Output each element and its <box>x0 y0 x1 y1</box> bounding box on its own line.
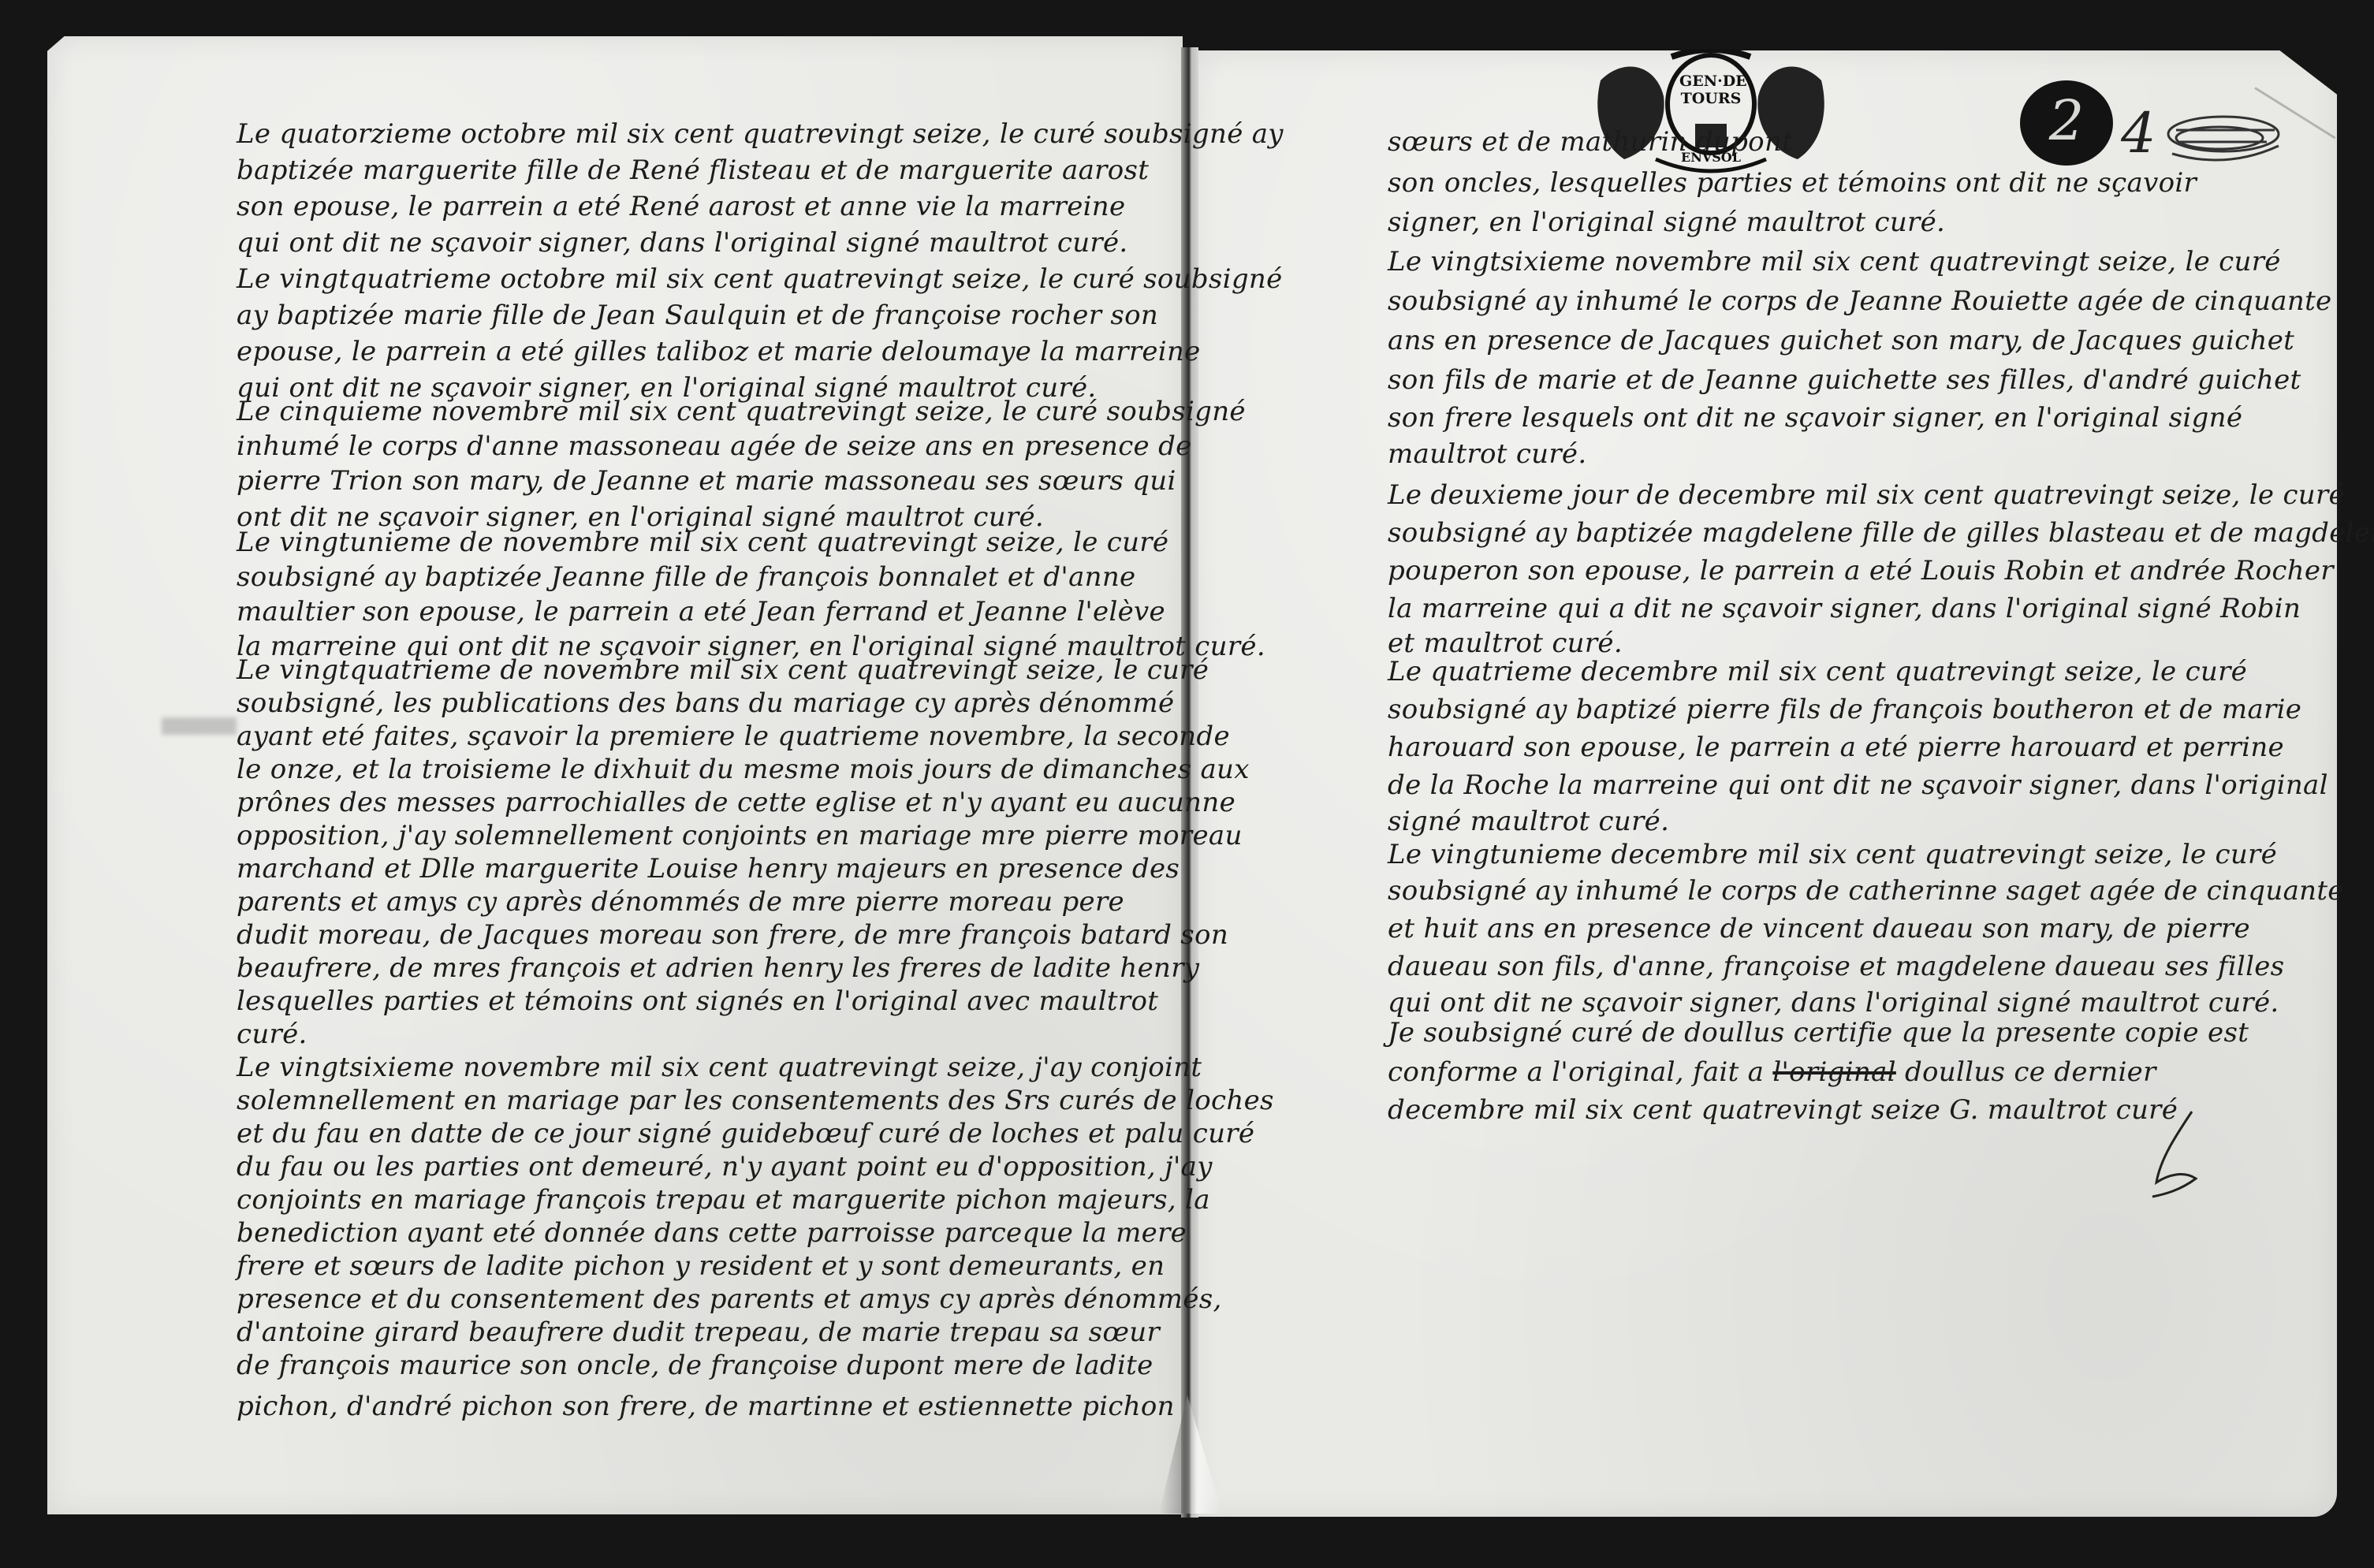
stamp-middle-text: TOURS <box>1679 90 1742 107</box>
text-line: sœurs et de mathurin dupont <box>1388 126 1793 158</box>
seal-number: 2 <box>2020 88 2113 153</box>
text-line: marchand et Dlle marguerite Louise henry… <box>237 853 1180 885</box>
text-line: Le vingtquatrieme de novembre mil six ce… <box>237 654 1209 686</box>
text-line: lesquelles parties et témoins ont signés… <box>237 985 1158 1017</box>
signature-flourish-icon <box>2145 1104 2208 1198</box>
text-line: benediction ayant eté donnée dans cette … <box>237 1217 1187 1249</box>
stamp-top-text: GEN·DE <box>1679 73 1742 90</box>
stamp-text: GEN·DE TOURS <box>1679 73 1742 107</box>
certification-line: decembre mil six cent quatrevingt seize … <box>1388 1094 2178 1126</box>
text-line: Le deuxieme jour de decembre mil six cen… <box>1388 479 2345 511</box>
text-line: presence et du consentement des parents … <box>237 1283 1222 1315</box>
text-line: Le vingtquatrieme octobre mil six cent q… <box>237 263 1283 295</box>
text-line: et huit ans en presence de vincent dauea… <box>1388 913 2250 944</box>
struck-word: l'original <box>1772 1056 1896 1088</box>
text-line: epouse, le parrein a eté gilles taliboz … <box>237 336 1201 367</box>
certification-text: doullus ce dernier <box>1896 1056 2156 1088</box>
text-line: baptizée marguerite fille de René fliste… <box>237 155 1149 186</box>
text-line: Le vingtsixieme novembre mil six cent qu… <box>237 1052 1202 1083</box>
text-line: Le quatorzieme octobre mil six cent quat… <box>237 118 1284 150</box>
text-line: le onze, et la troisieme le dixhuit du m… <box>237 754 1250 785</box>
text-line: inhumé le corps d'anne massoneau agée de… <box>237 430 1192 462</box>
text-line: maultier son epouse, le parrein a eté Je… <box>237 596 1165 628</box>
text-line: son fils de marie et de Jeanne guichette… <box>1388 364 2301 396</box>
certification-line: Je soubsigné curé de doullus certifie qu… <box>1388 1017 2249 1048</box>
certification-text: conforme a l'original, fait a <box>1388 1056 1772 1088</box>
text-line: frere et sœurs de ladite pichon y reside… <box>237 1250 1165 1282</box>
text-line: maultrot curé. <box>1388 438 1586 470</box>
text-line: de la Roche la marreine qui ont dit ne s… <box>1388 769 2328 801</box>
text-line: prônes des messes parrochialles de cette… <box>237 787 1235 818</box>
text-line: soubsigné ay inhumé le corps de catherin… <box>1388 875 2344 907</box>
text-line: et du fau en datte de ce jour signé guid… <box>237 1118 1254 1149</box>
text-line: signé maultrot curé. <box>1388 806 1669 837</box>
text-line: solemnellement en mariage par les consen… <box>237 1085 1274 1116</box>
text-line: soubsigné, les publications des bans du … <box>237 687 1174 719</box>
certification-line: conforme a l'original, fait a l'original… <box>1388 1056 2156 1088</box>
text-line: la marreine qui a dit ne sçavoir signer,… <box>1388 593 2301 624</box>
text-line: soubsigné ay baptizée Jeanne fille de fr… <box>237 561 1135 593</box>
text-line: Le cinquieme novembre mil six cent quatr… <box>237 396 1246 427</box>
text-line: pouperon son epouse, le parrein a eté Lo… <box>1388 555 2334 587</box>
margin-smudge <box>162 717 237 735</box>
text-line: qui ont dit ne sçavoir signer, dans l'or… <box>237 227 1128 259</box>
text-line: Le vingtsixieme novembre mil six cent qu… <box>1388 246 2281 277</box>
text-line: ay baptizée marie fille de Jean Saulquin… <box>237 300 1158 331</box>
text-line: son frere lesquels ont dit ne sçavoir si… <box>1388 402 2242 434</box>
text-line: parents et amys cy après dénommés de mre… <box>237 886 1124 918</box>
text-line: ayant eté faites, sçavoir la premiere le… <box>237 721 1230 752</box>
text-line: d'antoine girard beaufrere dudit trepeau… <box>237 1317 1160 1348</box>
text-line: daueau son fils, d'anne, françoise et ma… <box>1388 951 2284 982</box>
text-line: soubsigné ay baptizée magdelene fille de… <box>1388 517 2374 549</box>
paraph-scribble-icon <box>2164 110 2283 166</box>
text-line: Le vingtunieme de novembre mil six cent … <box>237 527 1168 558</box>
text-line: harouard son epouse, le parrein a eté pi… <box>1388 732 2284 763</box>
text-line: pichon, d'andré pichon son frere, de mar… <box>237 1391 1175 1422</box>
text-line: curé. <box>237 1019 307 1050</box>
text-line: qui ont dit ne sçavoir signer, dans l'or… <box>1388 987 2279 1019</box>
text-line: conjoints en mariage françois trepau et … <box>237 1184 1210 1216</box>
text-line: dudit moreau, de Jacques moreau son frer… <box>237 919 1228 951</box>
text-line: du fau ou les parties ont demeuré, n'y a… <box>237 1151 1213 1183</box>
folio-number: 4 <box>2121 101 2156 166</box>
text-line: soubsigné ay baptizé pierre fils de fran… <box>1388 694 2301 725</box>
text-line: son epouse, le parrein a eté René aarost… <box>237 191 1125 222</box>
text-line: opposition, j'ay solemnellement conjoint… <box>237 820 1243 851</box>
text-line: beaufrere, de mres françois et adrien he… <box>237 952 1199 984</box>
text-line: pierre Trion son mary, de Jeanne et mari… <box>237 465 1176 497</box>
text-line: Le vingtunieme decembre mil six cent qua… <box>1388 839 2277 870</box>
text-line: ans en presence de Jacques guichet son m… <box>1388 325 2294 356</box>
text-line: Le quatrieme decembre mil six cent quatr… <box>1388 656 2247 687</box>
text-line: de françois maurice son oncle, de franço… <box>237 1350 1153 1381</box>
text-line: et maultrot curé. <box>1388 628 1623 659</box>
text-line: signer, en l'original signé maultrot cur… <box>1388 207 1945 238</box>
text-line: soubsigné ay inhumé le corps de Jeanne R… <box>1388 285 2331 317</box>
text-line: son oncles, lesquelles parties et témoin… <box>1388 167 2197 199</box>
ink-seal: 2 <box>2020 80 2113 166</box>
